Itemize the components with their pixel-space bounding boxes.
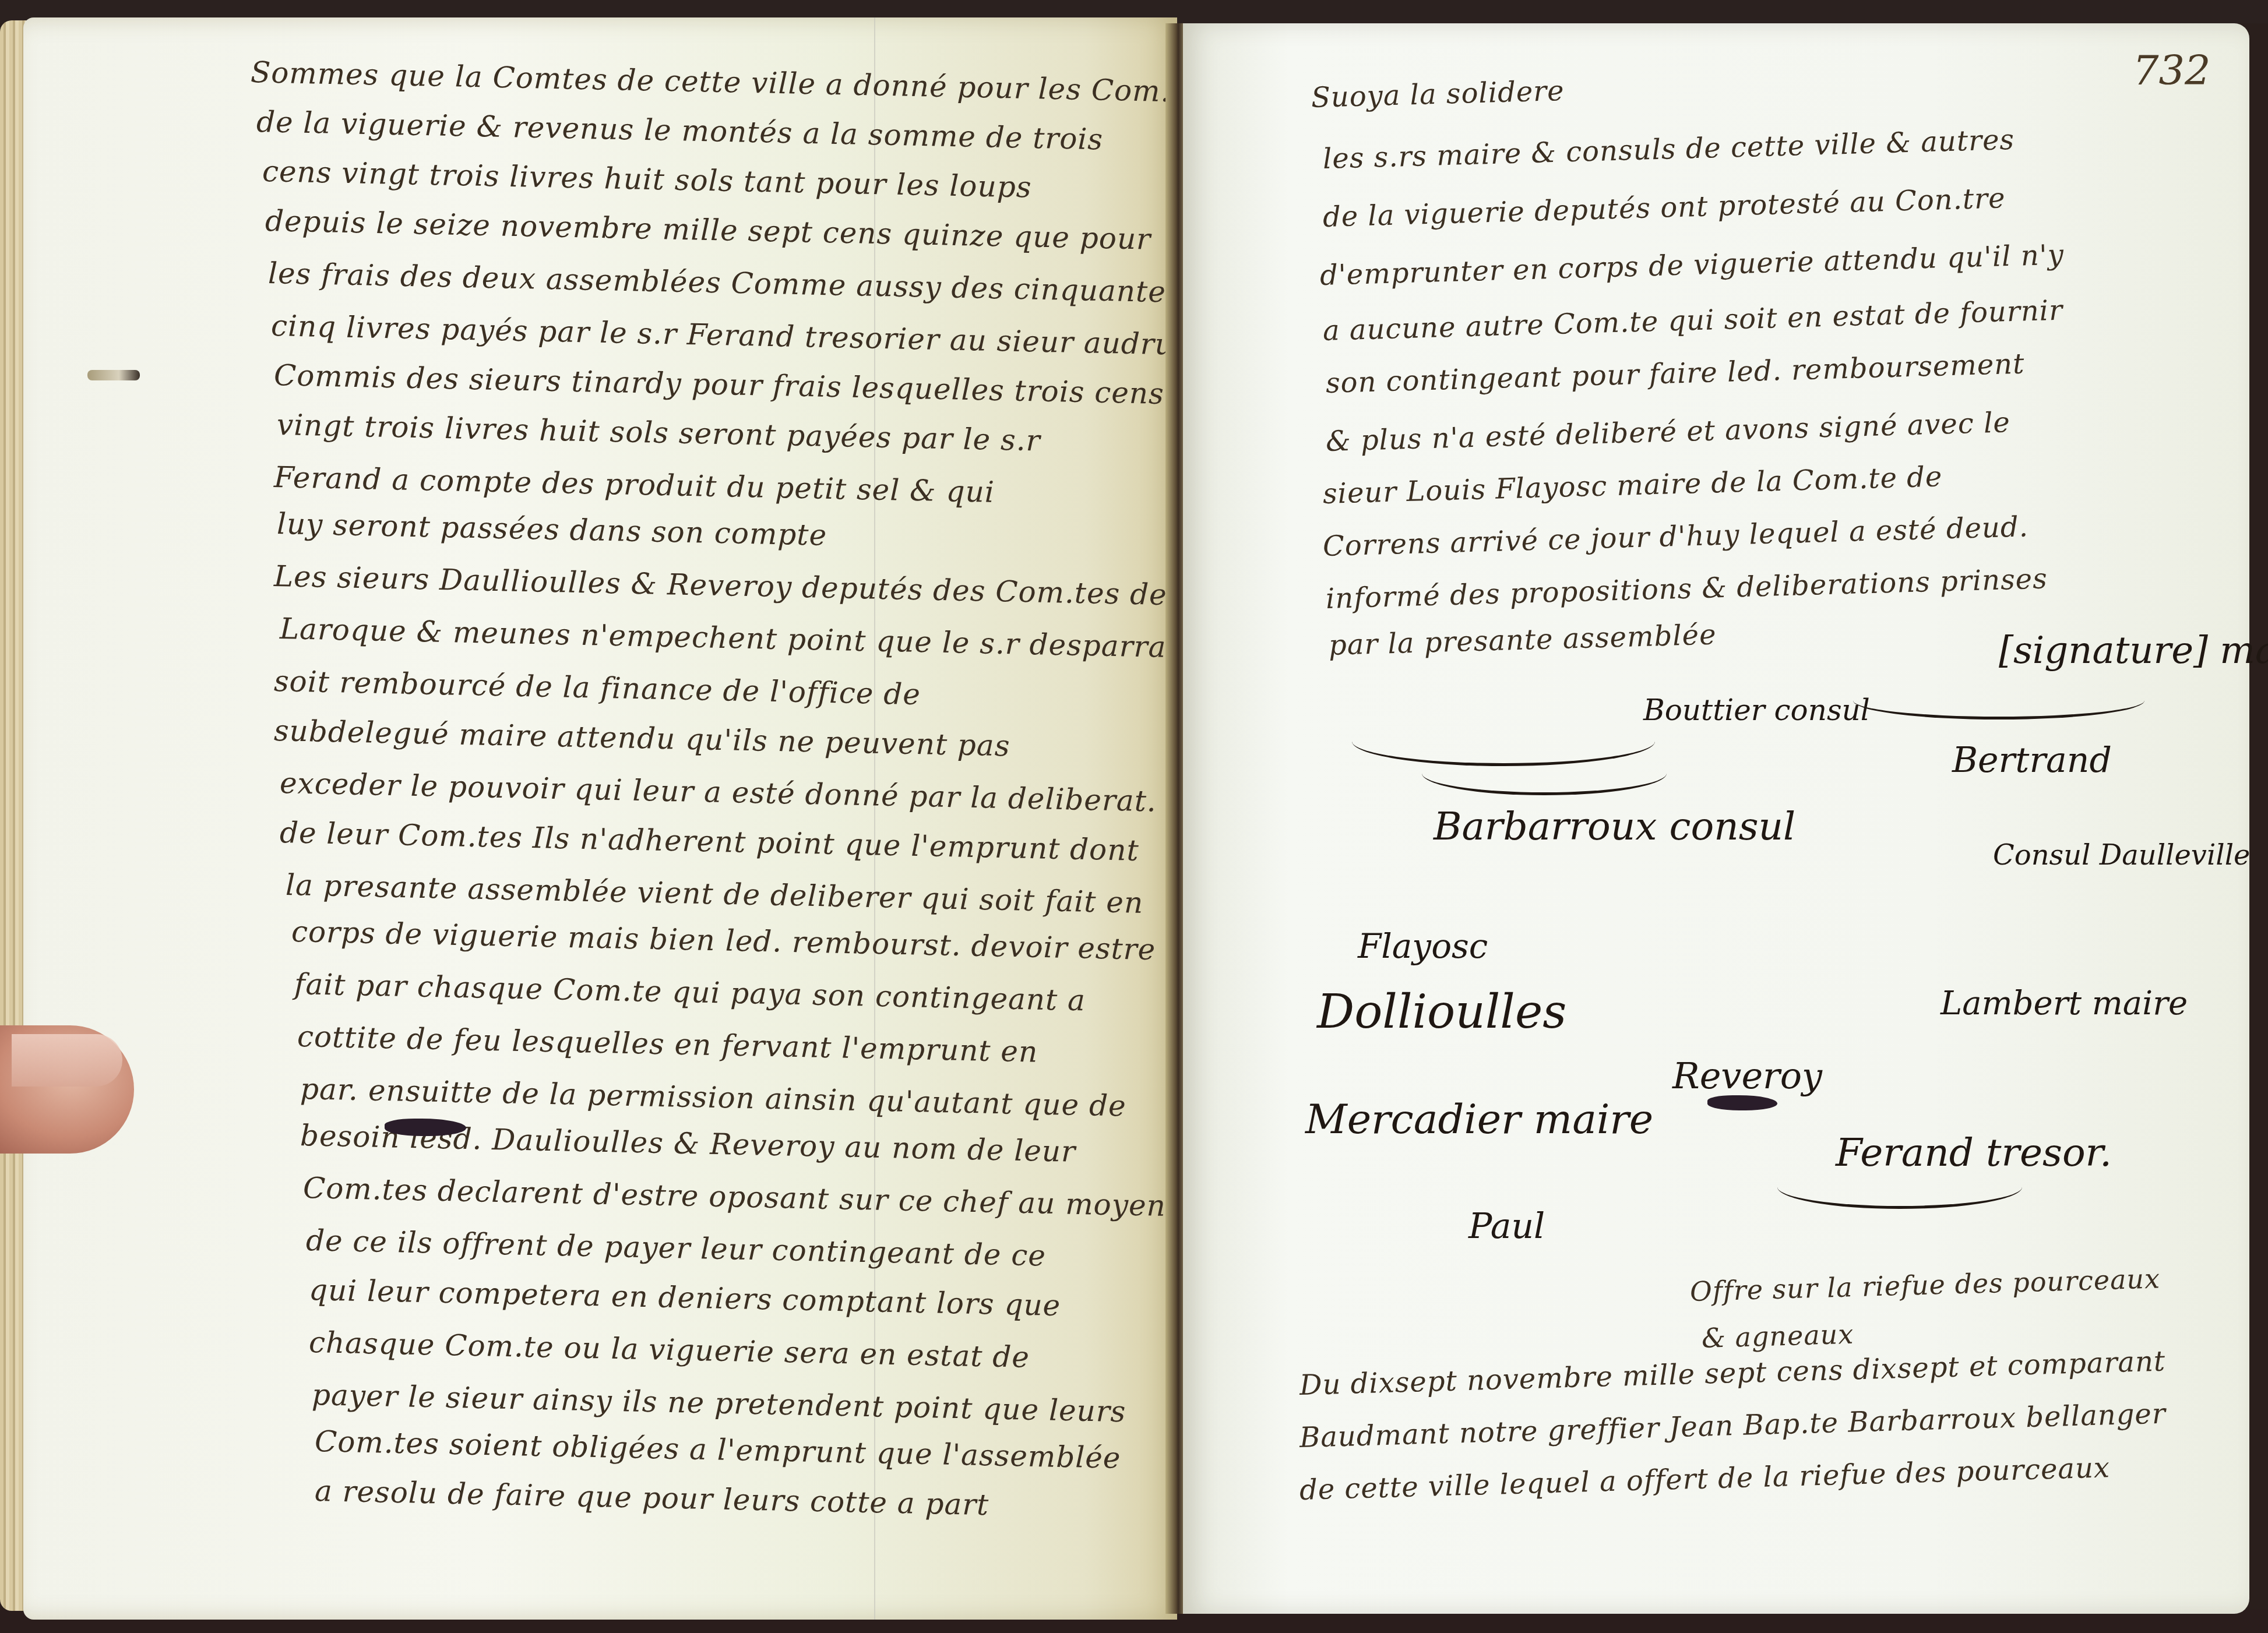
page-fold-line: [874, 17, 875, 1620]
signature-lambert: Lambert maire: [1941, 985, 2188, 1022]
page-number: 732: [2133, 47, 2211, 94]
book-photo: Sommes que la Comtes de cette ville a do…: [0, 0, 2268, 1633]
signature-mercadier: Mercadier maire: [1305, 1095, 1653, 1143]
signature-bertrand: Bertrand: [1952, 740, 2112, 781]
signature-reveroy: Reveroy: [1672, 1054, 1822, 1097]
signature-flourish: [1777, 1165, 2022, 1209]
ink-blot: [385, 1119, 466, 1136]
signature-dollioulles: Dollioulles: [1317, 985, 1566, 1039]
signature-flayosc: Flayosc: [1358, 926, 1488, 966]
signature-barbarroux: Barbarroux consul: [1434, 804, 1795, 849]
signature-paul: Paul: [1468, 1206, 1545, 1247]
bookmark-strip: [87, 370, 140, 380]
signature-flourish: [1853, 682, 2144, 719]
signature-flourish: [1422, 752, 1667, 795]
signature-bouttier: Bouttier consul: [1643, 693, 1870, 727]
left-page: [23, 17, 1177, 1620]
marginal-note-line-2: & agneaux: [1701, 1318, 1854, 1354]
signature-maire: [signature] maire: [1999, 629, 2268, 672]
signature-daulleville: Consul Daulleville: [1993, 839, 2250, 872]
ink-blot: [1707, 1095, 1777, 1110]
thumbnail: [12, 1034, 122, 1087]
